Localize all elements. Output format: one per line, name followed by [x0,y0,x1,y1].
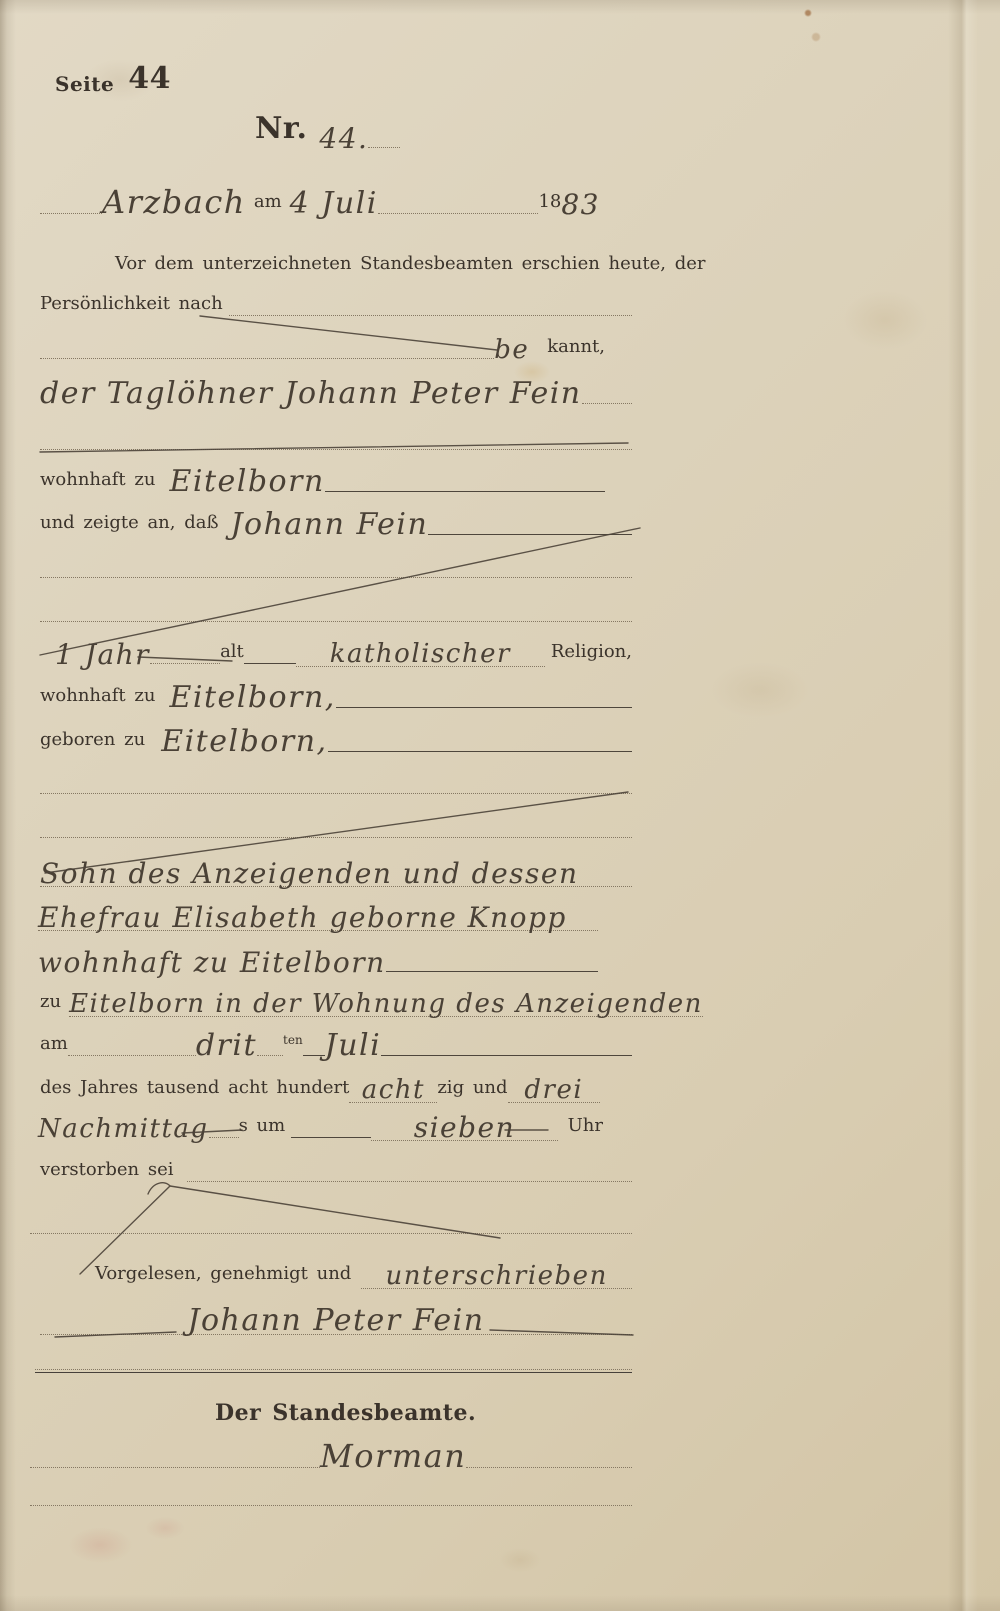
parents-line3: wohnhaft zu Eitelborn [38,950,386,975]
religion-label: Religion, [551,641,632,664]
be-written: be [494,339,529,362]
wohnhaft-label: wohnhaft zu [40,469,155,492]
record-number-row: Nr. 44. [255,106,400,148]
dotted-rule [30,1467,320,1468]
dateline-day-month: 4 Juli [290,190,378,217]
ten-label: ten [283,1033,303,1056]
alt-label: alt [220,641,244,664]
s-um-label: s um [239,1115,286,1138]
verstorben-row: verstorben sei [40,1148,632,1182]
deceased-name: Johann Fein [231,511,429,538]
declarant-residence-row: wohnhaft zu Eitelborn [40,458,605,492]
dotted-rule [466,1467,632,1468]
dotted-rule [30,1233,632,1234]
death-place: Eitelborn in der Wohnung des Anzeigenden [69,993,703,1017]
dotted-rule [582,403,632,404]
dotted-rule [378,213,539,214]
declarant-name: der Taglöhner Johann Peter Fein [40,380,582,407]
persoenlichkeit-label: Persönlichkeit nach [40,293,223,316]
declarant-row: der Taglöhner Johann Peter Fein [40,368,632,404]
solid-rule [386,971,598,972]
dotted-rule [40,837,632,838]
registrar-title-row: Der Standesbeamte. [215,1398,476,1428]
dotted-rule [40,213,102,214]
deceased-residence: Eitelborn, [169,684,335,711]
zeigte-label: und zeigte an, daß [40,512,219,535]
solid-rule [325,491,605,492]
dotted-rule [209,1137,239,1138]
dotted-rule [150,663,220,664]
solid-rule [428,534,632,535]
dotted-rule [257,1055,283,1056]
page-number: 44 [128,61,171,98]
record-no-value: 44. [319,126,368,151]
dotted-rule [40,358,494,359]
age-religion-row: 1 Jahr alt katholischer Religion, [55,630,632,664]
dotted-rule [40,577,632,578]
solid-rule [303,1055,325,1056]
flourish-curl [148,1183,170,1194]
parents-line2: Ehefrau Elisabeth geborne Knopp [38,905,598,931]
birthplace-row: geboren zu Eitelborn, [40,718,632,752]
persoenlichkeit-row: Persönlichkeit nach [40,282,632,316]
unterschrieben-written: unterschrieben [361,1265,632,1289]
deceased-name-row: und zeigte an, daß Johann Fein [40,501,632,535]
wohnhaft-label2: wohnhaft zu [40,685,155,708]
blank-line-row [30,1200,632,1234]
death-place-row: zu Eitelborn in der Wohnung des Anzeigen… [40,978,650,1014]
declarant-residence: Eitelborn [169,468,324,495]
section-divider-dotted [35,1369,632,1370]
solid-rule [291,1137,371,1138]
deceased-residence-row: wohnhaft zu Eitelborn, [40,674,632,708]
dotted-rule [229,315,632,316]
parents-line1-row: Sohn des Anzeigenden und dessen [40,848,632,884]
declarant-signature: Johann Peter Fein [40,1307,632,1335]
dotted-rule [40,793,632,794]
dateline-row: Arzbach am 4 Juli 18 83 [40,178,600,214]
registrar-signature: Morman [320,1442,466,1471]
vorgelesen-label: Vorgelesen, genehmigt und [95,1263,351,1286]
bekannt-row: be kannt, [40,325,605,359]
religion-written: katholischer [296,643,545,667]
intro-line1: Vor dem unterzeichneten Standesbeamten e… [115,253,705,276]
year-written: 83 [561,192,600,217]
daytime-written: Nachmittag [38,1118,209,1141]
uhr-label: Uhr [568,1115,603,1138]
death-year-row: des Jahres tausend acht hundert acht zig… [40,1066,600,1100]
section-divider [35,1372,632,1373]
blank-line-row [30,1472,632,1506]
registrar-label: Der Standesbeamte. [215,1400,476,1428]
blank-line-row [40,588,632,622]
zu-label: zu [40,991,61,1014]
page-number-row: Seite 44 [55,62,171,98]
registrar-signature-row: Morman [30,1432,632,1468]
declarant-signature-row: Johann Peter Fein [40,1296,632,1332]
solid-rule [244,663,296,664]
dotted-rule [40,621,632,622]
dotted-rule [30,1505,632,1506]
dateline-place: Arzbach [102,188,246,217]
blank-line-row [40,804,632,838]
blank-line-row [40,416,632,450]
dotted-rule [40,449,632,450]
age-value: 1 Jahr [55,642,150,667]
kannt-label: kannt, [547,336,605,359]
vorgelesen-row: Vorgelesen, genehmigt und unterschrieben [95,1252,632,1286]
parents-line2-row: Ehefrau Elisabeth geborne Knopp [38,892,598,928]
death-time-row: Nachmittag s um sieben Uhr [38,1104,603,1138]
decade-written: acht [349,1079,437,1103]
death-day: drit [196,1032,257,1059]
dotted-rule [68,1055,196,1056]
blank-line-row [40,760,632,794]
intro-line1-row: Vor dem unterzeichneten Standesbeamten e… [115,250,615,276]
parents-line3-row: wohnhaft zu Eitelborn [38,936,598,972]
blank-line-row [40,544,632,578]
am-label: am [254,191,282,214]
solid-rule [328,751,632,752]
death-date-row: am drit ten Juli [40,1022,632,1056]
birthplace: Eitelborn, [161,728,327,755]
hour-written: sieben [371,1115,557,1141]
death-register-page: Seite 44 Nr. 44. Arzbach am 4 Juli 18 83… [0,0,1000,1611]
verstorben-label: verstorben sei [40,1159,173,1182]
solid-rule [381,1055,632,1056]
year-label: des Jahres tausend acht hundert [40,1077,349,1100]
death-month: Juli [325,1032,382,1059]
zig-label: zig und [437,1077,507,1100]
record-no-label: Nr. [255,111,307,148]
geboren-label: geboren zu [40,729,145,752]
am-label2: am [40,1033,68,1056]
solid-rule [336,707,632,708]
dotted-rule [368,147,400,148]
parents-line1: Sohn des Anzeigenden und dessen [40,861,632,887]
dotted-rule [187,1181,632,1182]
paper-fold-crease [948,0,978,1611]
unit-written: drei [508,1079,600,1103]
page-label: Seite [55,72,114,98]
year-printed: 18 [538,191,561,214]
